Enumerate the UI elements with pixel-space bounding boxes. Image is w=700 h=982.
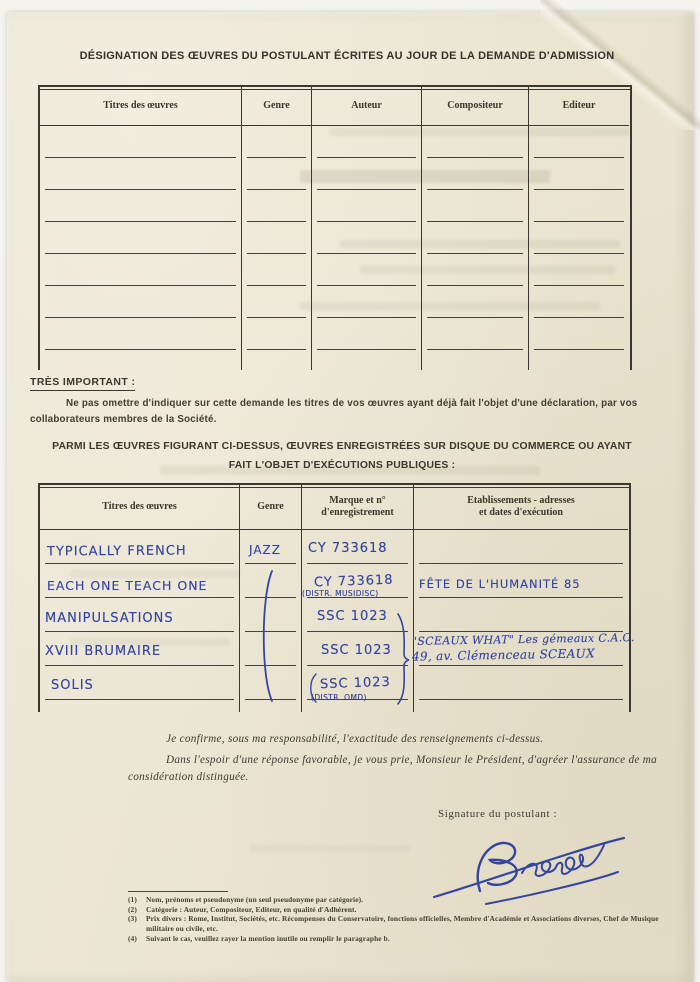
works-col-titres: Titres des œuvres xyxy=(40,87,242,126)
handwritten-title: XVIII BRUMAIRE xyxy=(45,644,161,659)
genre-brace-mark xyxy=(258,568,274,704)
rec-col-etab-line2: et dates d'exécution xyxy=(479,507,563,519)
footnotes: (1)Nom, prénoms et pseudonyme (un seul p… xyxy=(128,895,668,943)
footnote-text: Catégorie : Auteur, Compositeur, Editeur… xyxy=(146,905,357,914)
handwritten-title: EACH ONE TEACH ONE xyxy=(47,578,207,593)
footnote-number: (3) xyxy=(128,914,137,924)
handwritten-marque: CY 733618 xyxy=(308,541,388,556)
footnote-number: (2) xyxy=(128,905,137,915)
table-row xyxy=(40,318,630,350)
table-row xyxy=(40,126,630,158)
handwritten-marque-note: (DISTR. MUSIDISC) xyxy=(302,589,379,598)
rec-col-marque-line1: Marque et n° xyxy=(329,495,386,507)
handwritten-title: TYPICALLY FRENCH xyxy=(47,544,187,560)
important-label: TRÈS IMPORTANT : xyxy=(30,376,135,391)
table-row xyxy=(40,286,630,318)
footnote-rule xyxy=(128,891,228,892)
signature-label: Signature du postulant : xyxy=(438,808,557,820)
confirmation-line2: Dans l'espoir d'une réponse favorable, j… xyxy=(128,752,658,786)
rec-col-etablissements: Etablissements - adresses et dates d'exé… xyxy=(414,485,628,530)
table-row xyxy=(40,350,630,370)
handwritten-marque: CY 733618 xyxy=(314,573,394,591)
table-row xyxy=(40,254,630,286)
handwritten-marque: SSC 1023 xyxy=(321,643,392,658)
recordings-heading: PARMI LES ŒUVRES FIGURANT CI-DESSUS, ŒUV… xyxy=(42,438,642,475)
important-text: Ne pas omettre d'indiquer sur cette dema… xyxy=(30,396,650,428)
table-row xyxy=(40,158,630,190)
handwritten-genre: JAZZ xyxy=(249,543,281,557)
works-table: Titres des œuvres Genre Auteur Composite… xyxy=(38,85,632,370)
footnote-number: (4) xyxy=(128,934,137,944)
table-row xyxy=(40,190,630,222)
scanned-form-page: DÉSIGNATION DES ŒUVRES DU POSTULANT ÉCRI… xyxy=(0,0,700,982)
paren-mark xyxy=(306,672,318,704)
footnote: (1)Nom, prénoms et pseudonyme (un seul p… xyxy=(128,895,668,905)
footnote-text: Nom, prénoms et pseudonyme (un seul pseu… xyxy=(146,895,363,904)
table-row xyxy=(40,222,630,254)
works-col-compositeur: Compositeur xyxy=(422,87,529,126)
footnote: (3)Prix divers : Rome, Institut, Société… xyxy=(128,914,668,933)
handwritten-marque: SSC 1023 xyxy=(320,675,391,692)
rec-col-etab-line1: Etablissements - adresses xyxy=(467,495,575,507)
rec-col-marque-line2: d'enregistrement xyxy=(321,507,393,519)
confirmation-line1: Je confirme, sous ma responsabilité, l'e… xyxy=(128,731,658,748)
footnote-text: Prix divers : Rome, Institut, Sociétés, … xyxy=(146,914,659,933)
works-col-editeur: Editeur xyxy=(529,87,629,126)
handwritten-title: MANIPULSATIONS xyxy=(45,611,174,626)
works-col-auteur: Auteur xyxy=(312,87,422,126)
handwritten-marque-note: (DISTR. OMD) xyxy=(311,693,367,702)
footnote: (2)Catégorie : Auteur, Compositeur, Edit… xyxy=(128,905,668,915)
rec-col-genre: Genre xyxy=(240,485,302,530)
form-title: DÉSIGNATION DES ŒUVRES DU POSTULANT ÉCRI… xyxy=(0,50,694,62)
rec-col-marque: Marque et n° d'enregistrement xyxy=(302,485,414,530)
rec-col-titres: Titres des œuvres xyxy=(40,485,240,530)
footnote: (4)Suivant le cas, veuillez rayer la men… xyxy=(128,934,668,944)
handwritten-etablissement: FÊTE DE L'HUMANITÉ 85 xyxy=(419,577,581,591)
footnote-number: (1) xyxy=(128,895,137,905)
footnote-text: Suivant le cas, veuillez rayer la mentio… xyxy=(146,934,390,943)
marque-brace-mark xyxy=(396,612,410,706)
handwritten-marque: SSC 1023 xyxy=(317,609,388,624)
handwritten-title: SOLIS xyxy=(51,678,94,693)
works-col-genre: Genre xyxy=(242,87,312,126)
